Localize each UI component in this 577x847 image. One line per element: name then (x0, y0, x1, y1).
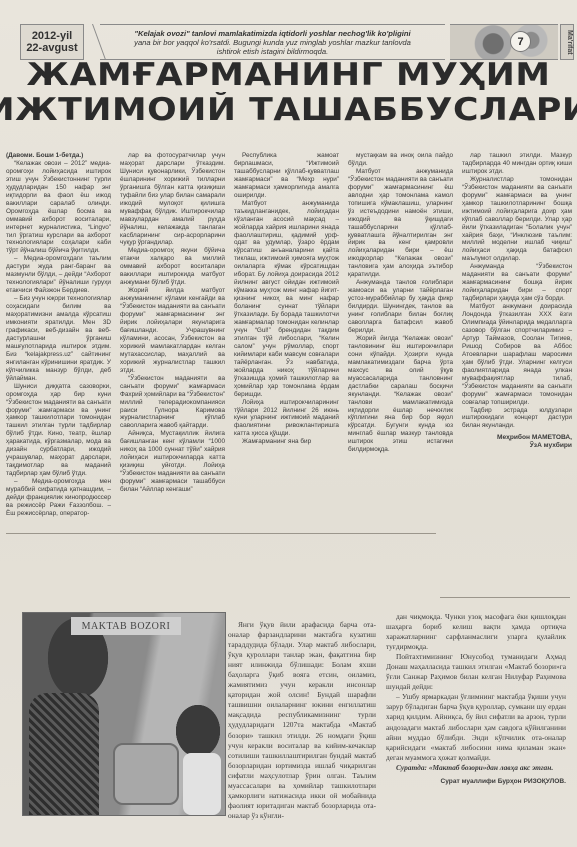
paragraph: Журналистлар томонидан “Ўзбекистон мадан… (462, 176, 572, 263)
paragraph: Айниқса, Мустақиллик йилига бағишланган … (120, 430, 225, 494)
header-slogan: "Kelajak ovozi" tanlovi mamlakatimizda i… (100, 24, 445, 60)
byline-divider (440, 597, 570, 598)
issue-date: 2012-yil 22-avgust (20, 24, 84, 60)
article-column-1: (Давоми. Боши 1-бетда.) “Келажак овози –… (6, 152, 111, 532)
paragraph: лар ташкил этилди. Мазкур тадбирларда 40… (462, 152, 572, 176)
issue-day: 22-avgust (26, 42, 77, 54)
paragraph: Медиа-оромгоҳ якуни бўйича етакчи халқар… (120, 247, 225, 287)
paragraph: – Биз учун юқори технологиялар соҳасидаг… (6, 295, 111, 382)
author-role: ЎзА мухбири (462, 442, 572, 450)
photo-child-figure (183, 753, 221, 815)
paragraph: лар ва фотосуратчилар учун маҳорат дарсл… (120, 152, 225, 247)
school-article-column-2: дан чиқмоқда. Чунки узоқ масофага ёки қи… (386, 612, 566, 787)
paragraph: Жамғарманинг яна бир (234, 438, 339, 446)
headline-line-1: ЖАМҒАРМАНИНГ МУҲИМ (0, 58, 577, 93)
newspaper-page: 2012-yil 22-avgust "Kelajak ovozi" tanlo… (0, 0, 577, 847)
slogan-line-1: "Kelajak ovozi" tanlovi mamlakatimizda i… (134, 29, 410, 38)
continuation-note: (Давоми. Боши 1-бетда.) (6, 152, 111, 160)
photo-backpack (113, 743, 179, 805)
issue-year: 2012-yil (32, 30, 72, 42)
paragraph: Пойтахтимизнинг Юнусобод туманидаги Аҳма… (386, 652, 566, 692)
paragraph: – Ушбу ярмаркадан ўғлимнинг мактабда ўқи… (386, 692, 566, 762)
paragraph: – Медиа-оромгоҳдаги таълим дастури жуда … (6, 255, 111, 295)
paragraph: мустақкам ва иноқ оила пайдо бўлди. (348, 152, 453, 168)
school-article-column-1: Янги ўқув йили арафасида барча ота-онала… (228, 620, 376, 821)
slogan-line-3: ishtirok etish istagini bildirmoqda. (217, 47, 328, 56)
paragraph: Анжуманда “Ўзбекистон маданияти ва санъа… (462, 263, 572, 303)
photo-woman-figure (29, 693, 99, 815)
paragraph: Янги ўқув йили арафасида барча ота-онала… (228, 620, 376, 821)
paragraph: Анжуманда танлов ғолиблари жамоаси ва ул… (348, 279, 453, 335)
paragraph: “Келажак овози – 2012” медиа-оромгоҳи ло… (6, 160, 111, 255)
page-number: 7 (510, 31, 531, 52)
slogan-line-2: yana bir bor yaqqol ko'rsatdi. Bugungi k… (134, 38, 411, 47)
article-headline: ЖАМҒАРМАНИНГ МУҲИМ ИЖТИМОИЙ ТАШАББУСЛАРИ (0, 58, 577, 128)
paragraph: дан чиқмоқда. Чунки узоқ масофага ёки қи… (386, 612, 566, 652)
paragraph: Республика жамоат бирлашмаси, “Ижтимоий … (234, 152, 339, 200)
section-divider (6, 533, 436, 534)
paragraph: Матбуот анжумани доирасида Лондонда ўтка… (462, 303, 572, 406)
paragraph: Матбуот анжуманида таъкидланганидек, лой… (234, 200, 339, 399)
paragraph: Жорий йилда “Келажак овози” танловининг … (348, 335, 453, 454)
paragraph: – Медиа-оромгоҳда мен мураббий сифатида … (6, 478, 111, 518)
article-columns: (Давоми. Боши 1-бетда.) “Келажак овози –… (6, 152, 572, 532)
article-column-3: Республика жамоат бирлашмаси, “Ижтимоий … (234, 152, 339, 532)
photo-caption: Суратда: «Мактаб бозори»дан лавҳа акс эт… (386, 763, 566, 773)
paragraph: Тадбир эстрада юлдузлари иштирокидаги ко… (462, 407, 572, 431)
article-column-2: лар ва фотосуратчилар учун маҳорат дарсл… (120, 152, 225, 532)
paragraph: Лойиҳа иштирокчиларининг тўйлари 2012 йи… (234, 399, 339, 439)
headline-line-2: ИЖТИМОИЙ ТАШАББУСЛАРИ (0, 93, 577, 128)
article-column-4: мустақкам ва иноқ оила пайдо бўлди. Матб… (348, 152, 453, 532)
page-header: 2012-yil 22-avgust "Kelajak ovozi" tanlo… (20, 24, 572, 61)
paragraph: “Ўзбекистон маданияти ва санъати форуми”… (120, 375, 225, 431)
school-market-photo: MAKTAB BOZORI (22, 612, 226, 816)
author-byline: Меҳрибон МАМЕТОВА, ЎзА мухбири (462, 434, 572, 450)
photo-sign: MAKTAB BOZORI (71, 617, 181, 635)
flower-ornament-icon (450, 24, 558, 60)
photo-credit: Сурат муаллифи Бурҳон РИЗОҚУЛОВ. (386, 777, 566, 787)
paragraph: Шуниси диққатга сазоворки, оромгоҳда ҳар… (6, 383, 111, 478)
paragraph: Матбуот анжуманида “Ўзбекистон маданияти… (348, 168, 453, 279)
article-column-5: лар ташкил этилди. Мазкур тадбирларда 40… (462, 152, 572, 592)
section-name: Ma'rifat (560, 24, 574, 60)
paragraph: Жорий йилда матбуот анжуманининг кўлами … (120, 287, 225, 374)
